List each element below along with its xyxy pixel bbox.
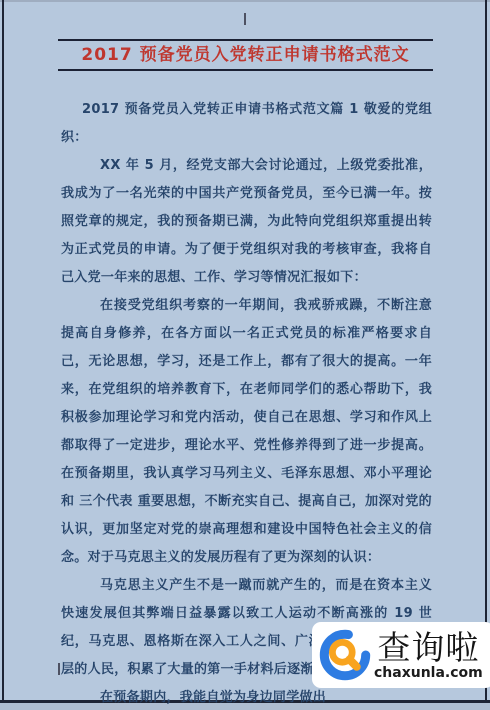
title-rule-bottom	[58, 69, 433, 71]
paragraph-progress: 在接受党组织考察的一年期间，我戒骄戒躁，不断注意提高自身修养，在各方面以一名正式…	[61, 292, 432, 572]
cursor-mark-bottom	[58, 663, 60, 675]
title-rule-top	[58, 39, 433, 41]
page-top-edge	[0, 0, 490, 2]
page-border-right	[485, 0, 487, 701]
cursor-mark-top	[244, 13, 246, 25]
chaxunla-watermark: 查询啦 chaxunla.com	[312, 622, 490, 688]
document-body: 2017 预备党员入党转正申请书格式范文篇 1 敬爱的党组织： XX 年 5 月…	[61, 96, 432, 710]
document-page: 2017 预备党员入党转正申请书格式范文 2017 预备党员入党转正申请书格式范…	[0, 0, 490, 710]
page-border-left	[2, 0, 4, 701]
page-title: 2017 预备党员入党转正申请书格式范文	[58, 42, 433, 68]
paragraph-intro: XX 年 5 月，经党支部大会讨论通过，上级党委批准，我成为了一名光荣的中国共产…	[61, 152, 432, 292]
brand-name: 查询啦	[377, 631, 479, 664]
brand-domain: chaxunla.com	[374, 666, 483, 680]
magnifier-icon	[318, 628, 372, 682]
paragraph-greeting: 2017 预备党员入党转正申请书格式范文篇 1 敬爱的党组织：	[61, 96, 432, 152]
